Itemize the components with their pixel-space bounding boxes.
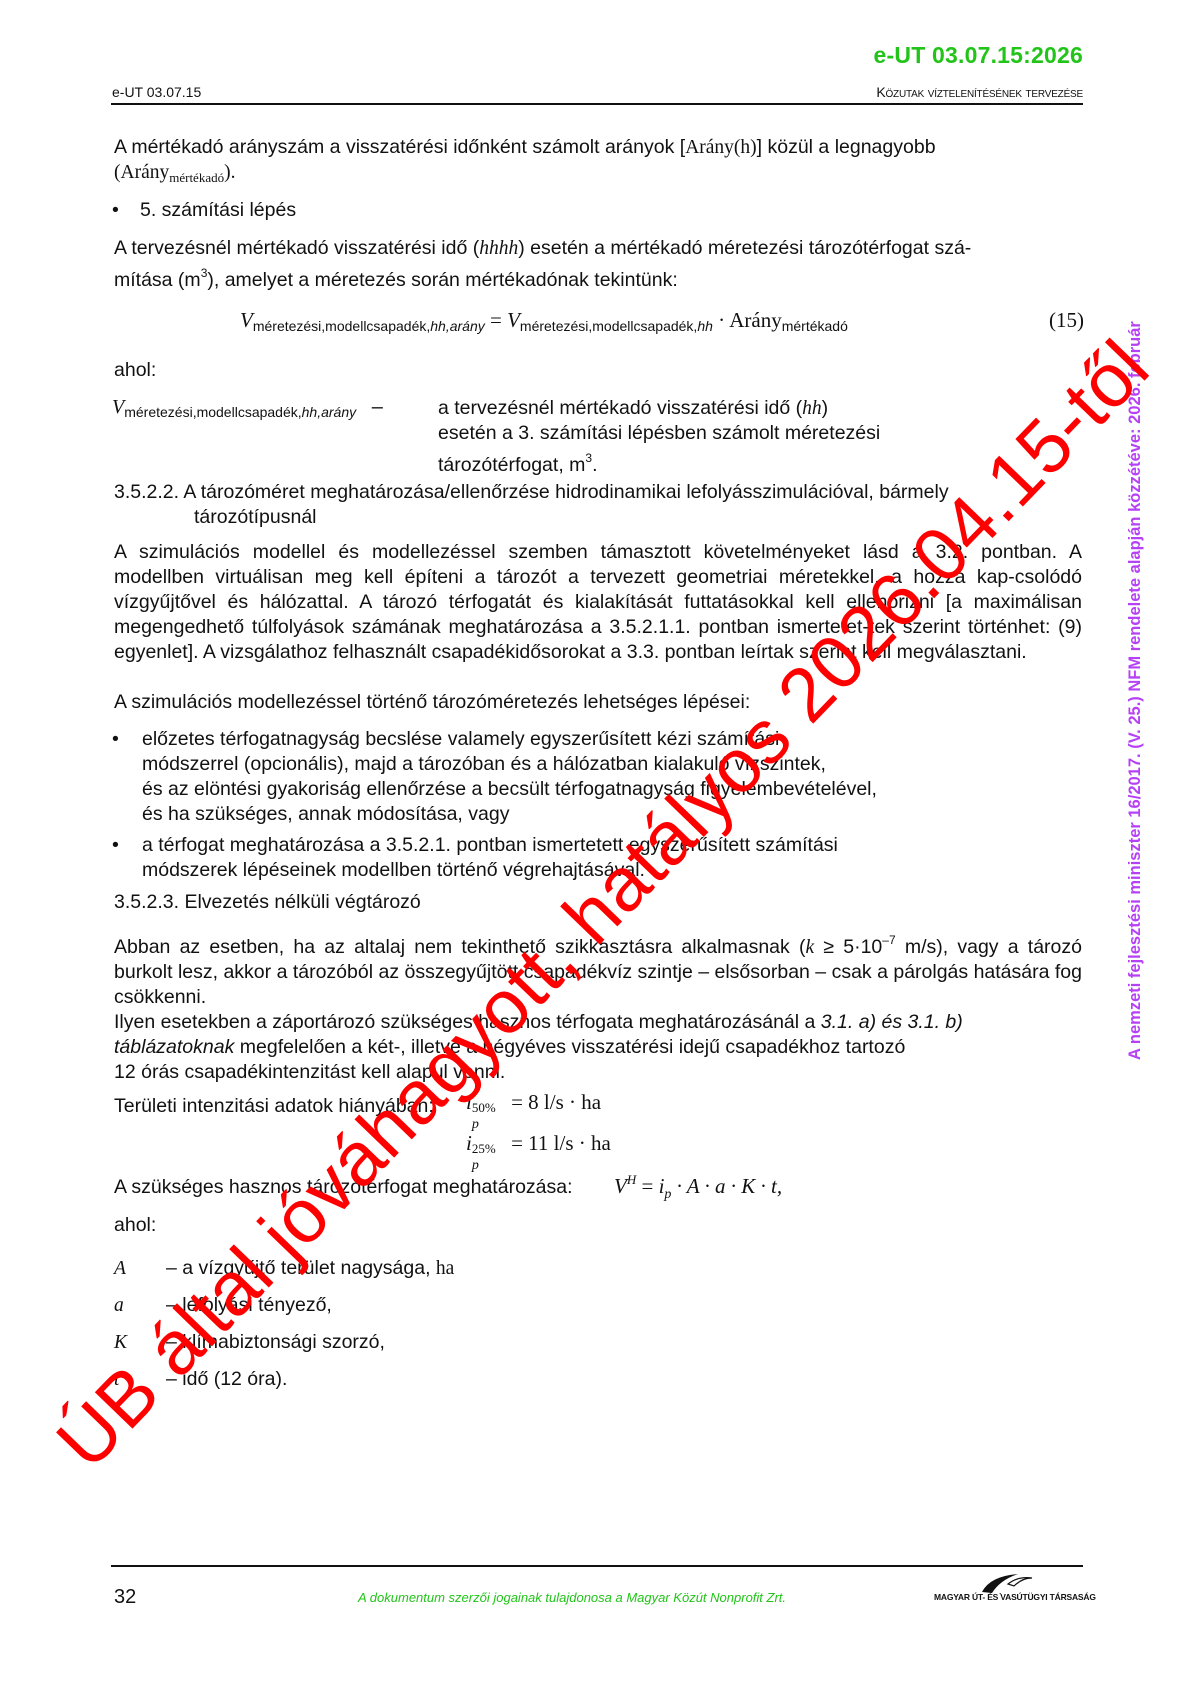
ahol-label: ahol:: [114, 358, 1082, 383]
logo-swoosh-icon: [978, 1572, 1038, 1594]
bullet-icon: •: [112, 727, 119, 752]
paragraph-step5: A tervezésnél mértékadó visszatérési idő…: [114, 236, 1082, 293]
standard-code: e-UT 03.07.15:2026: [874, 42, 1083, 69]
intensity-50: i50%p = 8 l/s · ha: [466, 1090, 601, 1115]
copyright-notice: A dokumentum szerzői jogainak tulajdonos…: [358, 1590, 786, 1605]
page-number: 32: [114, 1586, 136, 1609]
bullet-icon: •: [112, 833, 119, 858]
volume-formula: VH = ip · A · a · K · t,: [614, 1172, 782, 1203]
bullet-item: • előzetes térfogatnagyság becslése vala…: [114, 727, 1082, 827]
equation-number: (15): [1049, 308, 1084, 333]
equation-15: Vméretezési,modellcsapadék,hh,arány = Vm…: [240, 308, 848, 334]
bullet-icon: •: [112, 198, 119, 223]
definition-text: a tervezésnél mértékadó visszatérési idő…: [438, 396, 1038, 478]
paragraph-ratio: A mértékadó arányszám a visszatérési idő…: [114, 135, 1082, 190]
header-left: e-UT 03.07.15: [112, 84, 201, 100]
society-logo: MAGYAR ÚT- ÉS VASÚTÜGYI TÁRSASÁG: [926, 1572, 1086, 1612]
footer-rule: [111, 1565, 1083, 1567]
paragraph-useful-volume: Ilyen esetekben a záportározó szükséges …: [114, 1010, 1082, 1085]
intensity-25: i25%p = 11 l/s · ha: [466, 1131, 611, 1156]
header-title: Közutak víztelenítésének tervezése: [876, 84, 1083, 100]
publication-side-note: A nemzeti fejlesztési miniszter 16/2017.…: [1126, 321, 1145, 1060]
definition-symbol: Vméretezési,modellcsapadék,hh,arány –: [112, 396, 383, 420]
header-rule: [111, 103, 1083, 105]
bullet-step5: • 5. számítási lépés: [114, 198, 1082, 223]
paragraph-steps-intro: A szimulációs modellezéssel történő táro…: [114, 690, 1082, 715]
